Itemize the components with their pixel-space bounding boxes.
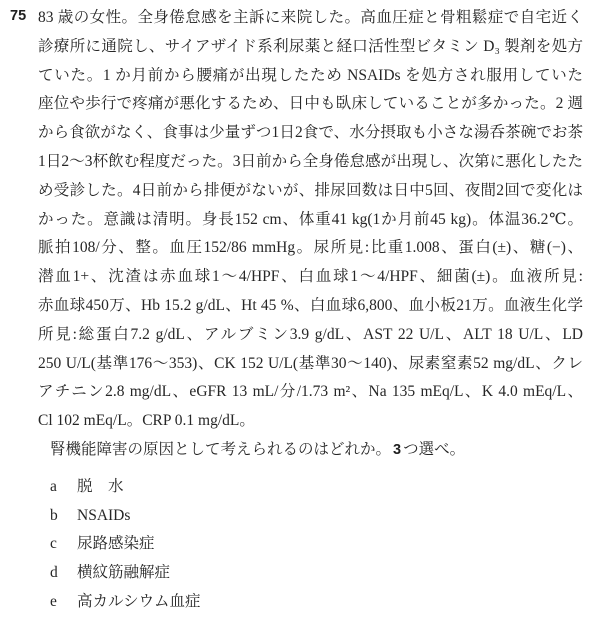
- option-label: 横紋筋融解症: [77, 564, 170, 581]
- body-line: かった。意識は清明。身長152 cm、体重41 kg(1か月前45 kg)。体温…: [38, 206, 583, 235]
- option-letter: c: [50, 530, 77, 559]
- body-line: め受診した。4日前から排便がないが、排尿回数は日中5回、夜間2回で変化はな: [38, 177, 583, 206]
- option-c: c尿路感染症: [38, 530, 583, 559]
- question-body: 83 歳の女性。全身倦怠感を主訴に来院した。高血圧症と骨粗鬆症で自宅近くの 診療…: [38, 4, 583, 617]
- question-stem-text: 腎機能障害の原因として考えられるのはどれか。: [50, 441, 391, 458]
- option-d: d横紋筋融解症: [38, 559, 583, 588]
- body-line: 診療所に通院し、サイアザイド系利尿薬と経口活性型ビタミン D₃ 製剤を処方され: [38, 33, 583, 62]
- body-line: 赤血球450万、Hb 15.2 g/dL、Ht 45 %、白血球6,800、血小…: [38, 292, 583, 321]
- option-label: 高カルシウム血症: [77, 593, 200, 610]
- body-line: アチニン2.8 mg/dL、eGFR 13 mL/分/1.73 m²、Na 13…: [38, 378, 583, 407]
- body-line: 1日2〜3杯飲む程度だった。3日前から全身倦怠感が出現し、次第に悪化したた: [38, 148, 583, 177]
- body-line: 座位や歩行で疼痛が悪化するため、日中も臥床していることが多かった。2 週間前: [38, 90, 583, 119]
- body-line: 潜血1+、沈渣は赤血球1〜4/HPF、白血球1〜4/HPF、細菌(±)。血液所見…: [38, 263, 583, 292]
- body-line: 250 U/L(基準176〜353)、CK 152 U/L(基準30〜140)、…: [38, 350, 583, 379]
- option-a: a脱 水: [38, 473, 583, 502]
- option-letter: e: [50, 588, 77, 617]
- body-line: ていた。1 か月前から腰痛が出現したため NSAIDs を処方され服用していたが…: [38, 62, 583, 91]
- option-letter: b: [50, 502, 77, 531]
- question-stem-suffix: つ選べ。: [403, 441, 465, 458]
- question-stem: 腎機能障害の原因として考えられるのはどれか。3つ選べ。: [38, 436, 583, 465]
- option-letter: d: [50, 559, 77, 588]
- option-e: e高カルシウム血症: [38, 588, 583, 617]
- option-label: 尿路感染症: [77, 535, 155, 552]
- select-count: 3: [391, 442, 403, 458]
- exam-question-page: 75 83 歳の女性。全身倦怠感を主訴に来院した。高血圧症と骨粗鬆症で自宅近くの…: [0, 0, 589, 617]
- body-line: 83 歳の女性。全身倦怠感を主訴に来院した。高血圧症と骨粗鬆症で自宅近くの: [38, 4, 583, 33]
- body-line: 所見:総蛋白7.2 g/dL、アルブミン3.9 g/dL、AST 22 U/L、…: [38, 321, 583, 350]
- answer-options: a脱 水 bNSAIDs c尿路感染症 d横紋筋融解症 e高カルシウム血症: [38, 473, 583, 617]
- body-line: 脈拍108/分、整。血圧152/86 mmHg。尿所見:比重1.008、蛋白(±…: [38, 234, 583, 263]
- body-line: Cl 102 mEq/L。CRP 0.1 mg/dL。: [38, 407, 583, 436]
- body-line: から食欲がなく、食事は少量ずつ1日2食で、水分摂取も小さな湯呑茶碗でお茶を: [38, 119, 583, 148]
- question-number: 75: [10, 8, 26, 24]
- option-b: bNSAIDs: [38, 502, 583, 531]
- option-label: 脱 水: [77, 478, 124, 495]
- option-label: NSAIDs: [77, 507, 130, 524]
- option-letter: a: [50, 473, 77, 502]
